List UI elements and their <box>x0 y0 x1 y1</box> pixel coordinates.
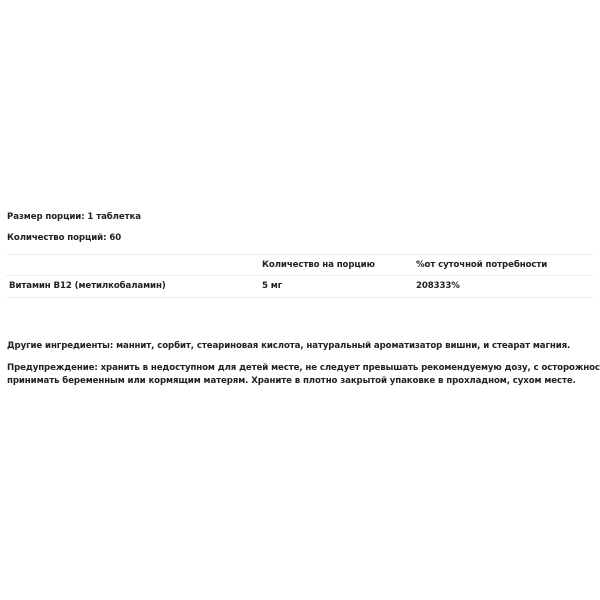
nutrient-amount: 5 мг <box>262 280 282 292</box>
table-header-daily-value: %от суточной потребности <box>416 259 547 271</box>
table-header-amount: Количество на порцию <box>262 259 375 271</box>
warning-line-1: Предупреждение: хранить в недоступном дл… <box>7 362 600 375</box>
other-ingredients: Другие ингредиенты: маннит, сорбит, стеа… <box>7 340 570 352</box>
serving-size: Размер порции: 1 таблетка <box>7 211 141 223</box>
table-divider <box>6 275 593 276</box>
nutrient-daily-value: 208333% <box>416 280 460 292</box>
servings-count: Количество порций: 60 <box>7 232 121 244</box>
table-divider <box>6 297 593 298</box>
nutrient-name: Витамин B12 (метилкобаламин) <box>9 280 166 292</box>
warning-line-2: принимать беременным или кормящим матеря… <box>7 375 600 388</box>
table-divider <box>6 254 593 255</box>
warning-text: Предупреждение: хранить в недоступном дл… <box>7 362 600 387</box>
